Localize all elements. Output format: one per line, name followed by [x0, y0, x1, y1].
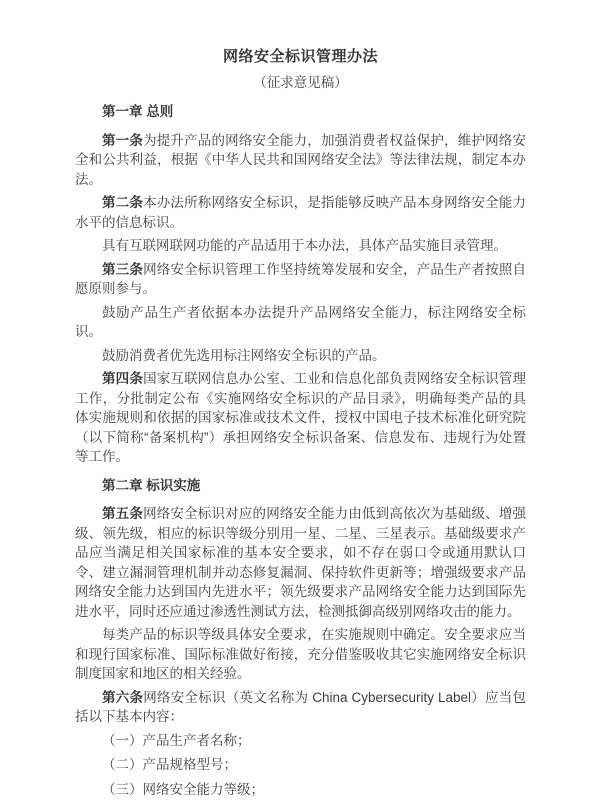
- article-number: 第五条: [102, 506, 143, 521]
- article-number: 第一条: [102, 133, 143, 148]
- list-item-paragraph: （一）产品生产者名称；: [75, 731, 526, 751]
- document-page: 网络安全标识管理办法 （征求意见稿） 第一章 总则 第一条为提升产品的网络安全能…: [0, 0, 600, 800]
- body-paragraph: 鼓励产品生产者依据本办法提升产品网络安全能力，标注网络安全标识。: [75, 303, 526, 342]
- body-paragraph: 每类产品的标识等级具体安全要求，在实施规则中确定。安全要求应当和现行国家标准、国…: [75, 625, 526, 684]
- list-item-paragraph: （三）网络安全能力等级；: [75, 780, 526, 800]
- article-text: 网络安全标识对应的网络安全能力由低到高依次为基础级、增强级、领先级，相应的标识等…: [75, 506, 526, 619]
- article-paragraph: 第一条为提升产品的网络安全能力，加强消费者权益保护，维护网络安全和公共利益，根据…: [75, 131, 526, 190]
- article-text: 网络安全标识管理工作坚持统筹发展和安全，产品生产者按照自愿原则参与。: [75, 262, 526, 297]
- article-number: 第六条: [102, 690, 143, 705]
- doc-title: 网络安全标识管理办法: [75, 47, 526, 67]
- article-number: 第二条: [102, 195, 143, 210]
- article-paragraph: 第四条国家互联网信息办公室、工业和信息化部负责网络安全标识管理工作，分批制定公布…: [75, 369, 526, 467]
- article-paragraph: 第二条本办法所称网络安全标识，是指能够反映产品本身网络安全能力水平的信息标识。: [75, 193, 526, 232]
- body-paragraph: 具有互联网联网功能的产品适用于本办法，具体产品实施目录管理。: [75, 236, 526, 256]
- article-paragraph: 第五条网络安全标识对应的网络安全能力由低到高依次为基础级、增强级、领先级，相应的…: [75, 504, 526, 621]
- chapter-heading: 第二章 标识实施: [75, 476, 526, 496]
- list-item-paragraph: （二）产品规格型号；: [75, 755, 526, 775]
- article-text: 本办法所称网络安全标识，是指能够反映产品本身网络安全能力水平的信息标识。: [75, 195, 526, 230]
- chapter-heading: 第一章 总则: [75, 102, 526, 122]
- article-number: 第三条: [102, 262, 143, 277]
- article-number: 第四条: [102, 371, 143, 386]
- body-paragraph: 鼓励消费者优先选用标注网络安全标识的产品。: [75, 346, 526, 366]
- doc-subtitle: （征求意见稿）: [75, 73, 526, 93]
- article-paragraph: 第六条网络安全标识（英文名称为 China Cybersecurity Labe…: [75, 688, 526, 727]
- article-text: 网络安全标识（英文名称为 China Cybersecurity Label）应…: [75, 690, 526, 725]
- article-text: 为提升产品的网络安全能力，加强消费者权益保护，维护网络安全和公共利益，根据《中华…: [75, 133, 526, 187]
- article-paragraph: 第三条网络安全标识管理工作坚持统筹发展和安全，产品生产者按照自愿原则参与。: [75, 260, 526, 299]
- article-text: 国家互联网信息办公室、工业和信息化部负责网络安全标识管理工作，分批制定公布《实施…: [75, 371, 526, 464]
